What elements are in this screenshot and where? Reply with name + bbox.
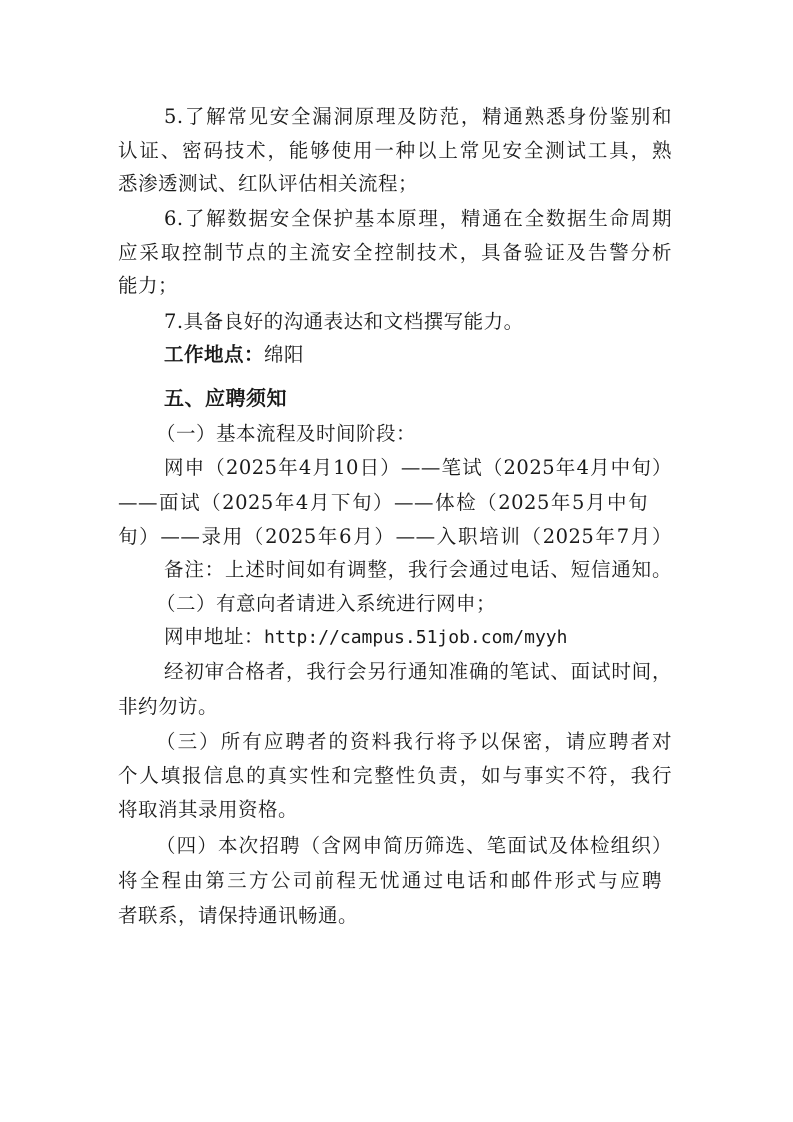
requirement-6-line-2: 应采取控制节点的主流安全控制技术，具备验证及告警分析 <box>118 240 672 266</box>
work-location-value: 绵阳 <box>264 343 304 366</box>
timeline-note: 备注：上述时间如有调整，我行会通过电话、短信通知。 <box>164 557 672 583</box>
requirement-5-line-1: 5.了解常见安全漏洞原理及防范，精通熟悉身份鉴别和 <box>164 104 672 130</box>
work-location: 工作地点：绵阳 <box>164 342 672 368</box>
subsection-2-title: （二）有意向者请进入系统进行网申； <box>156 591 710 617</box>
subsection-4-line-1: （四）本次招聘（含网申简历筛选、笔面试及体检组织） <box>156 833 672 859</box>
timeline-line-1: 网申（2025年4月10日）——笔试（2025年4月中旬） <box>164 455 672 481</box>
requirement-5-line-2: 认证、密码技术，能够使用一种以上常见安全测试工具，熟 <box>118 138 672 164</box>
apply-url-label: 网申地址： <box>164 625 264 648</box>
document-page: 5.了解常见安全漏洞原理及防范，精通熟悉身份鉴别和 认证、密码技术，能够使用一种… <box>0 0 793 1122</box>
subsection-4-line-3: 者联系，请保持通讯畅通。 <box>118 903 672 929</box>
requirement-7: 7.具备良好的沟通表达和文档撰写能力。 <box>164 309 672 335</box>
timeline-line-2: ——面试（2025年4月下旬）——体检（2025年5月中旬 <box>118 490 648 516</box>
screening-note-line-1: 经初审合格者，我行会另行通知准确的笔试、面试时间， <box>164 659 672 685</box>
subsection-3-line-3: 将取消其录用资格。 <box>118 797 672 823</box>
subsection-1-title: （一）基本流程及时间阶段： <box>156 421 710 447</box>
requirement-5-line-3: 悉渗透测试、红队评估相关流程； <box>118 171 672 197</box>
apply-url-line: 网申地址：http://campus.51job.com/myyh <box>164 624 672 651</box>
timeline-line-3: 旬）——录用（2025年6月）——入职培训（2025年7月） <box>118 524 672 550</box>
requirement-6-line-3: 能力； <box>118 273 672 299</box>
subsection-3-line-2: 个人填报信息的真实性和完整性负责，如与事实不符，我行 <box>118 763 672 789</box>
subsection-3-line-1: （三）所有应聘者的资料我行将予以保密，请应聘者对 <box>156 729 672 755</box>
requirement-6-line-1: 6.了解数据安全保护基本原理，精通在全数据生命周期 <box>164 206 672 232</box>
screening-note-line-2: 非约勿访。 <box>118 694 672 720</box>
section-heading: 五、应聘须知 <box>164 385 718 411</box>
apply-url-link[interactable]: http://campus.51job.com/myyh <box>264 627 567 648</box>
subsection-4-line-2: 将全程由第三方公司前程无忧通过电话和邮件形式与应聘 <box>118 868 662 894</box>
work-location-label: 工作地点： <box>164 343 264 366</box>
